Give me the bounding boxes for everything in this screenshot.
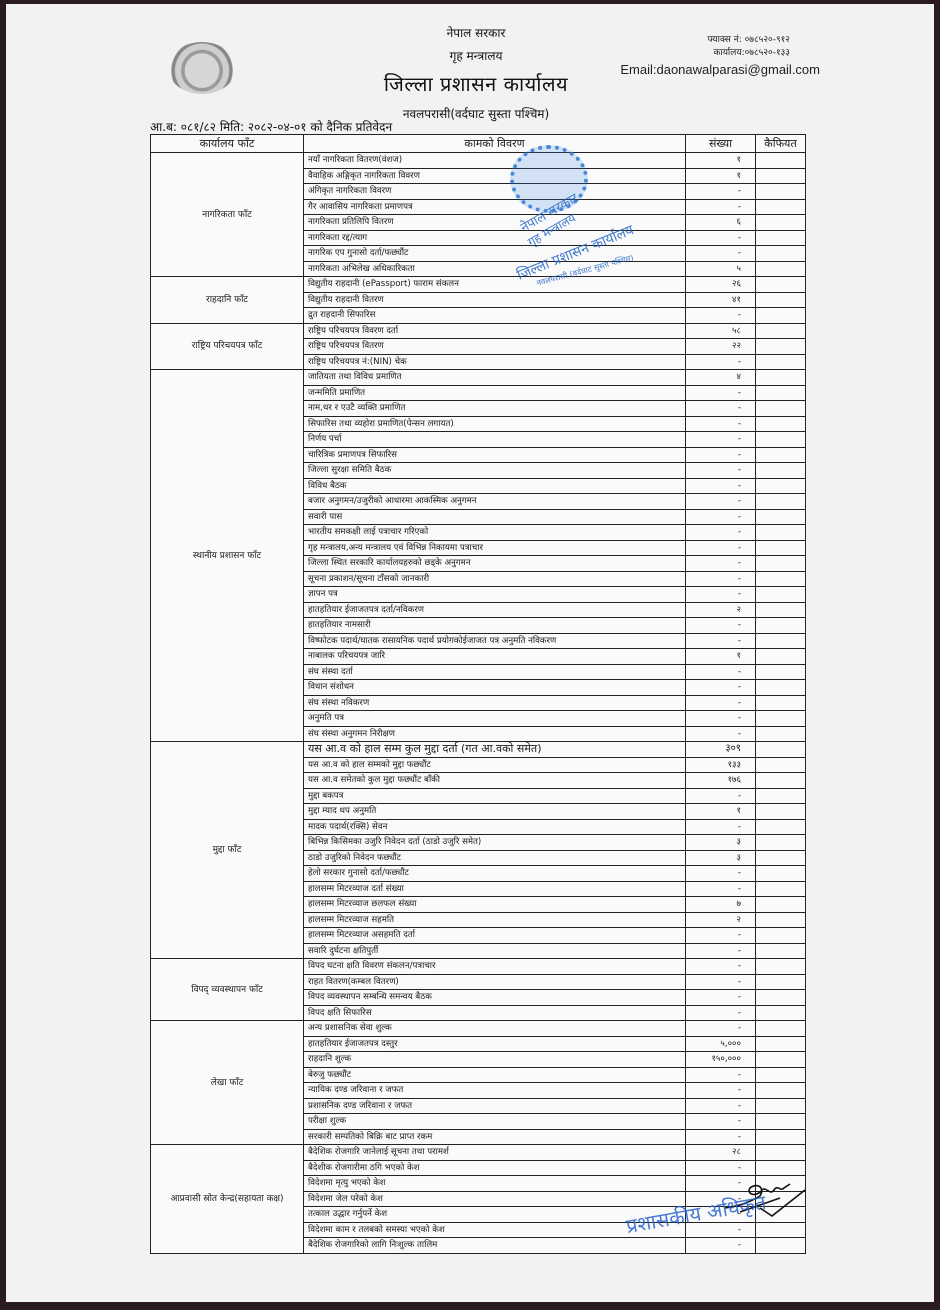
task-remarks (756, 1052, 806, 1068)
task-remarks (756, 928, 806, 944)
task-count: - (686, 711, 756, 727)
task-remarks (756, 277, 806, 293)
task-remarks (756, 587, 806, 603)
task-count: - (686, 478, 756, 494)
task-count: - (686, 184, 756, 200)
task-remarks (756, 168, 806, 184)
task-description: मुद्दा म्याद थप अनुमति (304, 804, 686, 820)
table-row: विपद् व्यवस्थापन फाँटविपद घटना क्षति विव… (151, 959, 806, 975)
task-description: नागरिक एप गुनासो दर्ता/फछ्यौंट (304, 246, 686, 262)
task-count: - (686, 1207, 756, 1223)
task-description: विद्युतीय राहदानी वितरण (304, 292, 686, 308)
task-count: - (686, 1129, 756, 1145)
task-remarks (756, 339, 806, 355)
task-description: राहदानि शुल्क (304, 1052, 686, 1068)
task-remarks (756, 726, 806, 742)
task-remarks (756, 974, 806, 990)
task-description: विपद घटना क्षति विवरण संकलन/पत्राचार (304, 959, 686, 975)
task-count: - (686, 1238, 756, 1254)
task-remarks (756, 540, 806, 556)
task-remarks (756, 525, 806, 541)
task-description: सवारी पास (304, 509, 686, 525)
task-remarks (756, 184, 806, 200)
task-description: हातहतियार नामसारी (304, 618, 686, 634)
section-name: स्थानीय प्रशासन फाँट (151, 370, 304, 742)
task-description: नाम,थर र एउटै व्यक्ति प्रमाणित (304, 401, 686, 417)
task-description: विदेशमा काम र तलबको समस्या भएको केश (304, 1222, 686, 1238)
task-count: - (686, 308, 756, 324)
task-description: द्रुत राहदानी सिफारिस (304, 308, 686, 324)
task-remarks (756, 416, 806, 432)
task-count: - (686, 990, 756, 1006)
task-count: - (686, 1160, 756, 1176)
task-description: अंगिकृत नागरिकता विवरण (304, 184, 686, 200)
task-count: १ (686, 649, 756, 665)
task-description: नयाँ नागरिकता वितरण(वंशज) (304, 153, 686, 169)
task-description: हालसम्म मिटरव्याज सहमति (304, 912, 686, 928)
task-count: - (686, 494, 756, 510)
task-remarks (756, 742, 806, 758)
task-description: हालसम्म मिटरव्याज छलफल संख्या (304, 897, 686, 913)
section-name: लेखा फाँट (151, 1021, 304, 1145)
task-remarks (756, 246, 806, 262)
task-description: यस आ.व को हाल सम्म कुल मुद्दा दर्ता (गत … (304, 742, 686, 758)
task-remarks (756, 215, 806, 231)
task-count: - (686, 881, 756, 897)
task-count: - (686, 385, 756, 401)
task-count: - (686, 540, 756, 556)
task-count: २२ (686, 339, 756, 355)
task-description: जिल्ला स्थित सरकारि कार्यालयहरुको छड्के … (304, 556, 686, 572)
task-description: अन्य प्रशासनिक सेवा शुल्क (304, 1021, 686, 1037)
task-description: राष्ट्रिय परिचयपत्र नं:(NIN) चेक (304, 354, 686, 370)
task-remarks (756, 463, 806, 479)
task-count: - (686, 1222, 756, 1238)
task-remarks (756, 1005, 806, 1021)
daily-report-table: कार्यालय फाँट कामको विवरण संख्या कैफियत … (150, 134, 806, 1254)
task-count: - (686, 726, 756, 742)
task-count: - (686, 447, 756, 463)
task-count: १ (686, 168, 756, 184)
task-count: - (686, 695, 756, 711)
task-description: यस आ.व को हाल सम्मको मुद्दा फछ्यौंट (304, 757, 686, 773)
task-description: संघ संस्था दर्ता (304, 664, 686, 680)
task-description: नागरिकता प्रतिलिपि वितरण (304, 215, 686, 231)
task-count: ३०९ (686, 742, 756, 758)
task-description: सरकारी सम्पतिको बिक्रि बाट प्राप्त रकम (304, 1129, 686, 1145)
task-description: तत्काल उद्धार गर्नुपर्ने केश (304, 1207, 686, 1223)
task-remarks (756, 1222, 806, 1238)
task-count: ५ (686, 261, 756, 277)
task-count: - (686, 463, 756, 479)
task-remarks (756, 556, 806, 572)
task-remarks (756, 308, 806, 324)
task-count: ३ (686, 835, 756, 851)
task-count: - (686, 199, 756, 215)
task-description: विपद व्यवस्थापन सम्बन्धि समन्वय बैठक (304, 990, 686, 1006)
task-count: ४ (686, 370, 756, 386)
task-count: - (686, 943, 756, 959)
task-description: जन्ममिति प्रमाणित (304, 385, 686, 401)
task-description: विष्फोटक पदार्थ/घातक रासायनिक पदार्थ प्र… (304, 633, 686, 649)
task-remarks (756, 1238, 806, 1254)
task-remarks (756, 633, 806, 649)
task-remarks (756, 1129, 806, 1145)
table-row: स्थानीय प्रशासन फाँटजातियता तथा विविध प्… (151, 370, 806, 386)
task-remarks (756, 292, 806, 308)
task-remarks (756, 432, 806, 448)
task-count: १३३ (686, 757, 756, 773)
task-remarks (756, 618, 806, 634)
task-count: - (686, 1005, 756, 1021)
task-remarks (756, 571, 806, 587)
task-count: - (686, 618, 756, 634)
task-count: - (686, 230, 756, 246)
section-name: विपद् व्यवस्थापन फाँट (151, 959, 304, 1021)
task-description: भारतीय समकक्षी लाई पत्राचार गरिएको (304, 525, 686, 541)
fax-number: फ्याक्स नं: ०७८५२०-९१२ (590, 34, 790, 47)
task-remarks (756, 1021, 806, 1037)
phone-number: कार्यालय:०७८५२०-१३३ (590, 47, 790, 60)
task-count: - (686, 246, 756, 262)
task-description: ठाडो उजुरिको निवेदन फछ्यौंट (304, 850, 686, 866)
task-description: न्यायिक दण्ड जरिवाना र जफत (304, 1083, 686, 1099)
section-name: मुद्दा फाँट (151, 742, 304, 959)
section-name: राहदानि फाँट (151, 277, 304, 324)
task-count: ४१ (686, 292, 756, 308)
task-count: - (686, 664, 756, 680)
task-description: चारित्रिक प्रमाणपत्र सिफारिस (304, 447, 686, 463)
task-count: - (686, 1191, 756, 1207)
task-count: - (686, 866, 756, 882)
task-count: ६ (686, 215, 756, 231)
task-remarks (756, 773, 806, 789)
task-description: अनुमति पत्र (304, 711, 686, 727)
task-remarks (756, 1176, 806, 1192)
task-remarks (756, 1036, 806, 1052)
task-remarks (756, 959, 806, 975)
task-remarks (756, 866, 806, 882)
task-remarks (756, 447, 806, 463)
header-count: संख्या (686, 135, 756, 153)
task-remarks (756, 757, 806, 773)
task-description: जातियता तथा विविध प्रमाणित (304, 370, 686, 386)
task-remarks (756, 850, 806, 866)
task-description: विदेशमा जेल परेको केश (304, 1191, 686, 1207)
task-count: - (686, 1083, 756, 1099)
task-remarks (756, 1145, 806, 1161)
task-count: ५,००० (686, 1036, 756, 1052)
task-count: २ (686, 912, 756, 928)
section-name: राष्ट्रिय परिचयपत्र फाँट (151, 323, 304, 370)
task-count: - (686, 509, 756, 525)
task-remarks (756, 230, 806, 246)
task-count: - (686, 1114, 756, 1130)
task-count: - (686, 1067, 756, 1083)
task-count: २ (686, 602, 756, 618)
task-description: हालसम्म मिटरव्याज असहमति दर्ता (304, 928, 686, 944)
task-remarks (756, 912, 806, 928)
task-count: १ (686, 153, 756, 169)
task-count: १५०,००० (686, 1052, 756, 1068)
header-description: कामको विवरण (304, 135, 686, 153)
task-description: सिफारिस तथा व्यहोरा प्रमाणित(पेन्सन लगाय… (304, 416, 686, 432)
task-remarks (756, 649, 806, 665)
task-description: हातहतियार ईजाजतपत्र दर्ता/नविकरण (304, 602, 686, 618)
task-remarks (756, 494, 806, 510)
task-description: सवारि दुर्घटना क्षतिपुर्ती (304, 943, 686, 959)
email-address: Email:daonawalparasi@gmail.com (620, 62, 820, 77)
task-description: परीक्षा शुल्क (304, 1114, 686, 1130)
task-count: १७६ (686, 773, 756, 789)
task-remarks (756, 1160, 806, 1176)
task-description: नाबालक परिचयपत्र जारि (304, 649, 686, 665)
report-title: आ.ब: ०८१/८२ मिति: २०८२-०४-०१ को दैनिक प्… (150, 118, 392, 135)
header-remarks: कैफियत (756, 135, 806, 153)
task-remarks (756, 1207, 806, 1223)
task-description: हालसम्म मिटरव्याज दर्ता संख्या (304, 881, 686, 897)
section-name: नागरिकता फाँट (151, 153, 304, 277)
task-remarks (756, 664, 806, 680)
task-count: - (686, 928, 756, 944)
task-remarks (756, 1114, 806, 1130)
task-remarks (756, 370, 806, 386)
task-description: विधान संशोधन (304, 680, 686, 696)
task-description: नागरिकता रद्द/त्याग (304, 230, 686, 246)
task-count: - (686, 1176, 756, 1192)
header-section: कार्यालय फाँट (151, 135, 304, 153)
task-remarks (756, 897, 806, 913)
section-name: आप्रवासी स्रोत केन्द्र(सहायता कक्ष) (151, 1145, 304, 1254)
task-count: - (686, 788, 756, 804)
task-description: नागरिकता अभिलेख अधिकारिकता (304, 261, 686, 277)
task-description: विपद क्षति सिफारिस (304, 1005, 686, 1021)
task-description: राष्ट्रिय परिचयपत्र वितरण (304, 339, 686, 355)
task-description: बैदेशिक रोजगारिको लागि निःशुल्क तालिम (304, 1238, 686, 1254)
task-remarks (756, 1083, 806, 1099)
task-description: गैर आवासिय नागरिकता प्रमाणपत्र (304, 199, 686, 215)
task-remarks (756, 819, 806, 835)
task-description: जिल्ला सुरक्षा समिति बैठक (304, 463, 686, 479)
task-remarks (756, 695, 806, 711)
nepal-emblem-logo (168, 42, 236, 94)
task-remarks (756, 1098, 806, 1114)
task-count: - (686, 432, 756, 448)
task-description: गृह मन्त्रालय,अन्य मन्त्रालय एवं विभिन्न… (304, 540, 686, 556)
table-row: लेखा फाँटअन्य प्रशासनिक सेवा शुल्क- (151, 1021, 806, 1037)
task-description: संघ संस्था नविकरण (304, 695, 686, 711)
task-remarks (756, 943, 806, 959)
task-remarks (756, 835, 806, 851)
task-description: बेरुजु फछ्यौंट (304, 1067, 686, 1083)
task-count: ५८ (686, 323, 756, 339)
task-count: ३ (686, 850, 756, 866)
task-remarks (756, 788, 806, 804)
table-row: राहदानि फाँटविद्युतीय राहदानी (ePassport… (151, 277, 806, 293)
task-count: - (686, 571, 756, 587)
task-count: २८ (686, 1145, 756, 1161)
task-remarks (756, 354, 806, 370)
task-remarks (756, 680, 806, 696)
contact-info: फ्याक्स नं: ०७८५२०-९१२ कार्यालय:०७८५२०-१… (590, 34, 790, 77)
task-remarks (756, 153, 806, 169)
table-header-row: कार्यालय फाँट कामको विवरण संख्या कैफियत (151, 135, 806, 153)
task-remarks (756, 711, 806, 727)
task-description: मुद्दा बकपत्र (304, 788, 686, 804)
task-count: - (686, 1021, 756, 1037)
task-remarks (756, 199, 806, 215)
task-remarks (756, 881, 806, 897)
task-remarks (756, 323, 806, 339)
table-row: राष्ट्रिय परिचयपत्र फाँटराष्ट्रिय परिचयप… (151, 323, 806, 339)
task-description: सूचना प्रकाशन/सूचना टाँसको जानकारी (304, 571, 686, 587)
task-remarks (756, 385, 806, 401)
task-count: - (686, 401, 756, 417)
task-description: हातहतियार ईजाजतपत्र दस्तुर (304, 1036, 686, 1052)
task-count: १ (686, 804, 756, 820)
task-description: बजार अनुगमन/उजुरीको आधारमा आकस्मिक अनुगम… (304, 494, 686, 510)
task-remarks (756, 1191, 806, 1207)
task-count: ७ (686, 897, 756, 913)
task-count: - (686, 1098, 756, 1114)
task-remarks (756, 509, 806, 525)
task-remarks (756, 401, 806, 417)
task-description: राहत वितरण(कम्बल वितरण) (304, 974, 686, 990)
task-remarks (756, 602, 806, 618)
task-description: बिभिन्न किसिमका उजुरि निवेदन दर्ता (ठाडो… (304, 835, 686, 851)
task-description: विदेशमा मृत्यु भएको केश (304, 1176, 686, 1192)
task-count: - (686, 974, 756, 990)
task-count: - (686, 819, 756, 835)
task-count: - (686, 633, 756, 649)
task-description: विविध बैठक (304, 478, 686, 494)
task-description: प्रशासनिक दण्ड जरिवाना र जफत (304, 1098, 686, 1114)
task-description: ज्ञापन पत्र (304, 587, 686, 603)
task-count: - (686, 525, 756, 541)
task-count: - (686, 587, 756, 603)
task-description: मादक पदार्थ(रक्सि) सेवन (304, 819, 686, 835)
task-description: वैवाहिक अङ्गिकृत नागरिकता विवरण (304, 168, 686, 184)
task-description: यस आ.व समेतको कुल मुद्दा फछ्यौंट बाँकी (304, 773, 686, 789)
task-description: संघ संस्था अनुगमन निरीक्षण (304, 726, 686, 742)
task-remarks (756, 1067, 806, 1083)
task-description: राष्ट्रिय परिचयपत्र विवरण दर्ता (304, 323, 686, 339)
task-count: २६ (686, 277, 756, 293)
task-description: बैदेशीक रोजगारीमा ठगि भएको केश (304, 1160, 686, 1176)
task-description: बैदेशिक रोजगारि जानेलाई सूचना तथा परामर्… (304, 1145, 686, 1161)
task-description: हेलो सरकार गुनासो दर्ता/फछ्यौंट (304, 866, 686, 882)
table-row: नागरिकता फाँटनयाँ नागरिकता वितरण(वंशज)१ (151, 153, 806, 169)
task-remarks (756, 478, 806, 494)
table-row: आप्रवासी स्रोत केन्द्र(सहायता कक्ष)बैदेश… (151, 1145, 806, 1161)
task-count: - (686, 959, 756, 975)
task-description: निर्णय पर्चा (304, 432, 686, 448)
task-count: - (686, 680, 756, 696)
task-remarks (756, 804, 806, 820)
table-row: मुद्दा फाँटयस आ.व को हाल सम्म कुल मुद्दा… (151, 742, 806, 758)
task-remarks (756, 261, 806, 277)
task-description: विद्युतीय राहदानी (ePassport) फाराम संकल… (304, 277, 686, 293)
task-count: - (686, 416, 756, 432)
task-count: - (686, 354, 756, 370)
task-remarks (756, 990, 806, 1006)
task-count: - (686, 556, 756, 572)
